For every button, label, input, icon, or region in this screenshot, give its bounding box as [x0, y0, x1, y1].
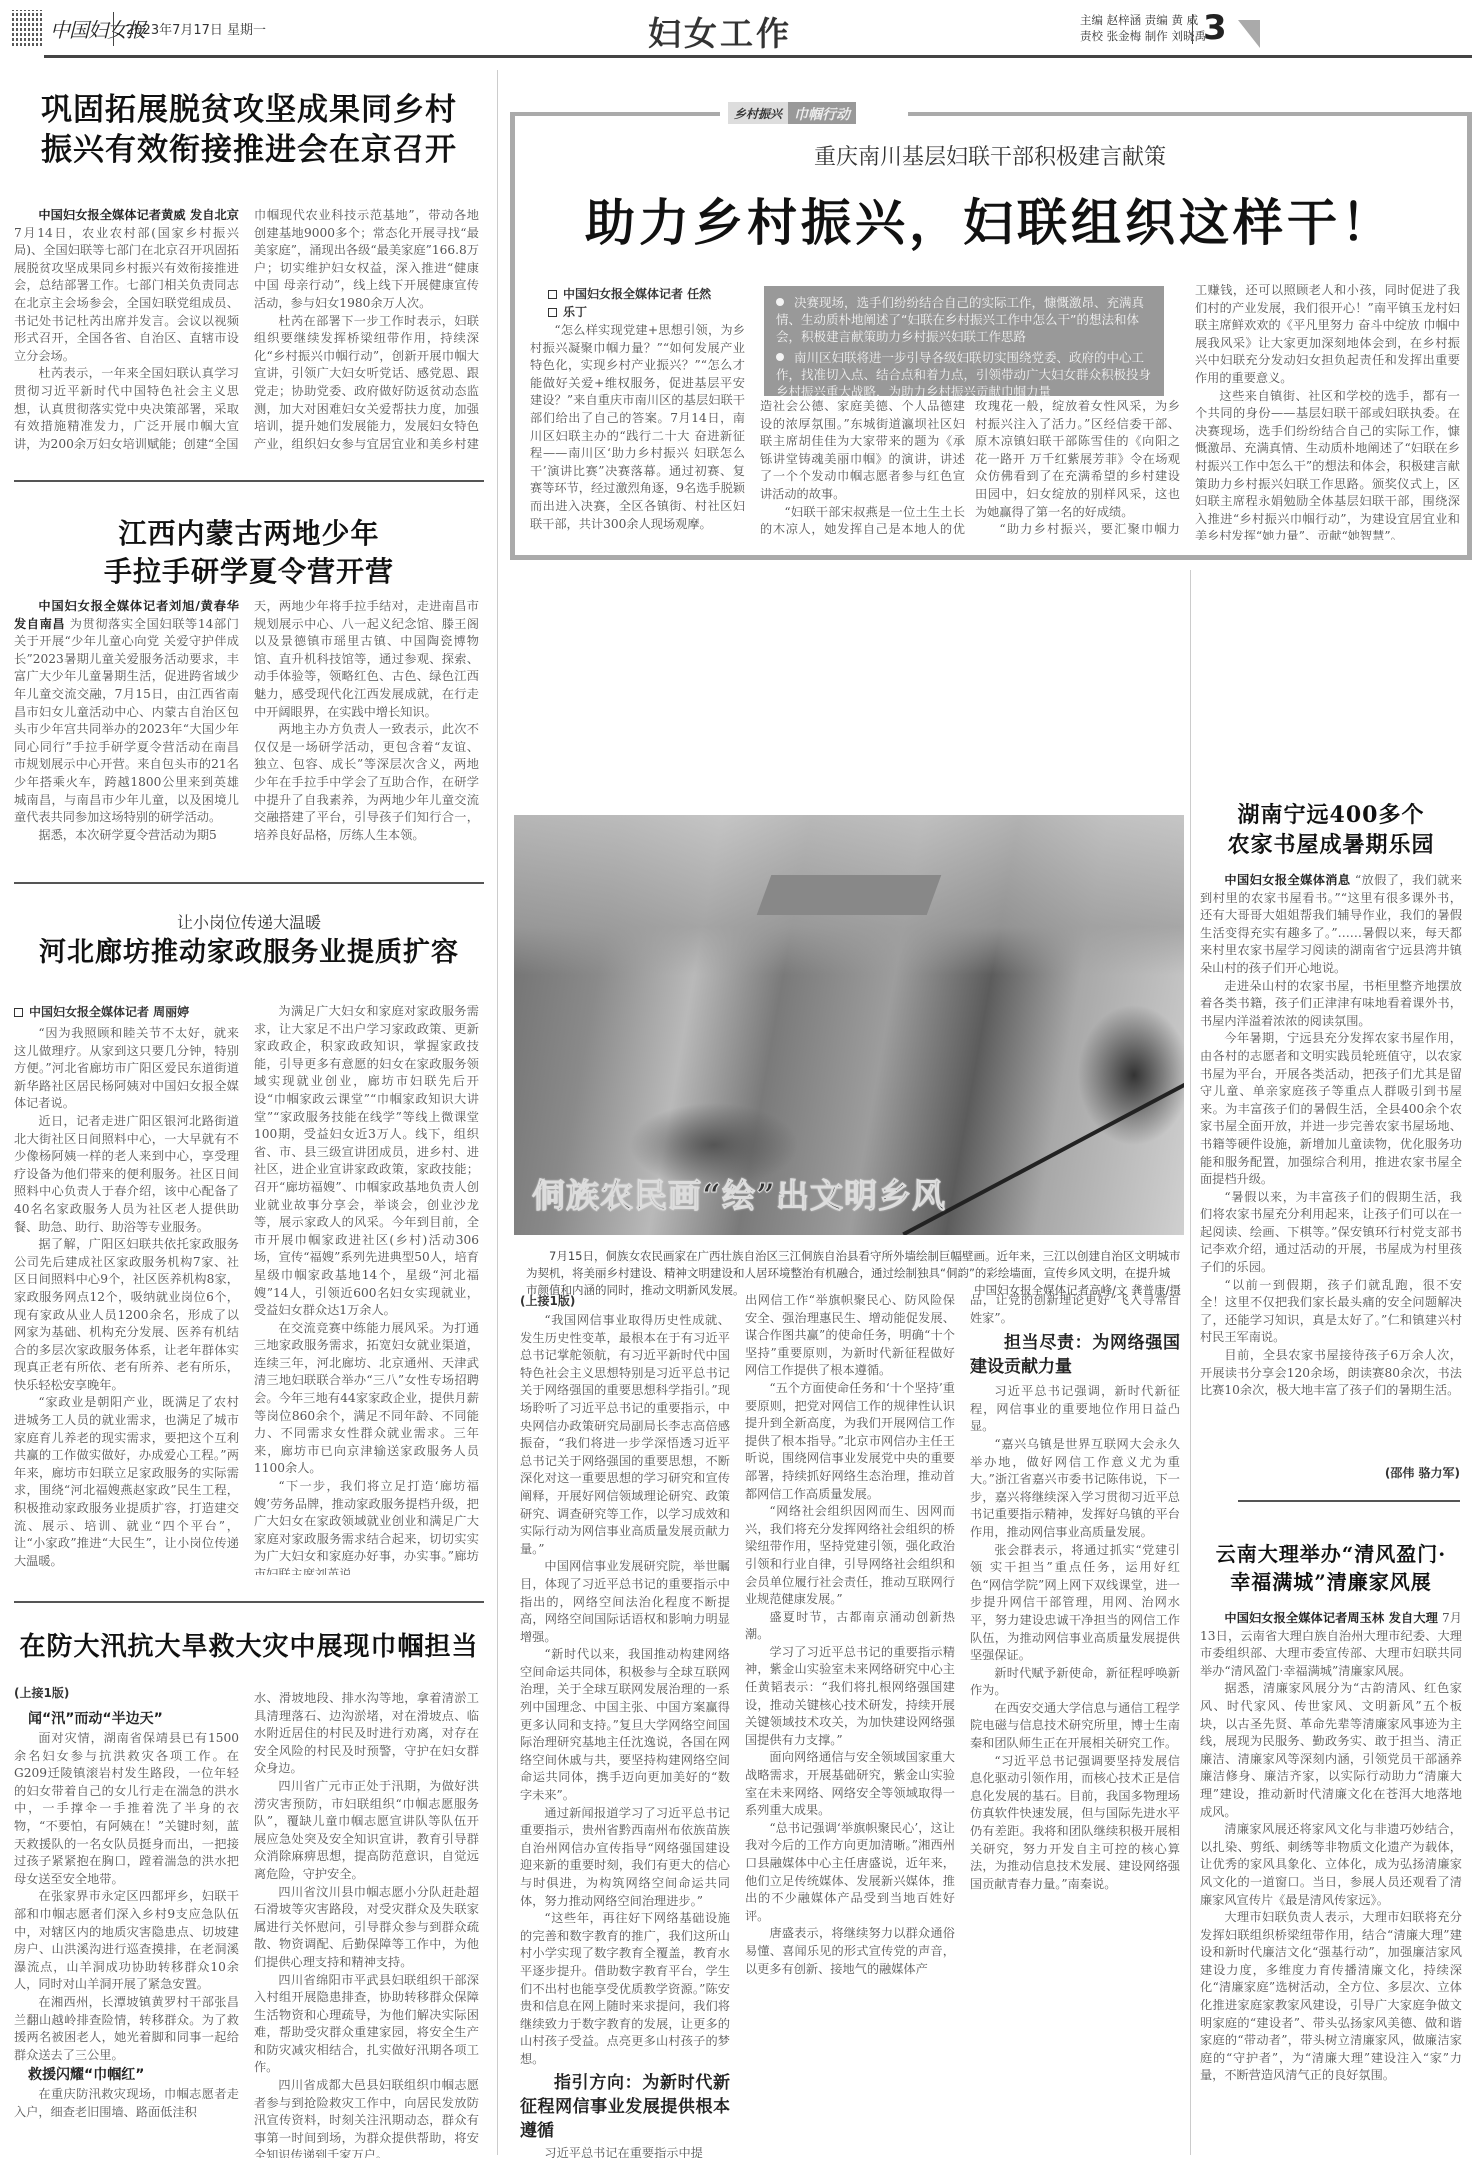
article-body-col-2: 天，两地少年将手拉手结对，走进南昌市规划展示中心、八一起义纪念馆、滕王阁以及景德… [254, 598, 479, 868]
article-lead: 中国妇女报全媒体记者周玉林 发自大理 [1224, 1611, 1438, 1625]
mural-photo[interactable]: 侗族农民画“绘”出文明乡风 [514, 815, 1184, 1235]
paragraph: 四川省成都大邑县妇联组织巾帼志愿者参与到抢险救灾工作中，向居民发放防汛宣传资料，… [254, 2077, 479, 2158]
article-divider [14, 1601, 484, 1603]
byline-marker-icon [14, 1008, 23, 1017]
feature-body-col-4: 工赚钱，还可以照顾老人和小孩，同时促进了我们村的产业发展，我们很开心！”南平镇玉… [1195, 282, 1460, 540]
paragraph: 学习了习近平总书记的重要指示精神，紫金山实验室未来网络研究中心主任黄韬表示：“我… [745, 1644, 955, 1750]
paragraph: 杜芮在部署下一步工作时表示，妇联组织要继续发挥桥梁纽带作用，持续深化“乡村振兴巾… [254, 313, 479, 452]
paragraph: 在重庆防汛救灾现场，巾帼志愿者走入户，细查老旧围墙、路面低洼积 [14, 2086, 239, 2121]
paragraph: “五个方面使命任务和‘十个坚持’重要原则，把党对网信工作的规律性认识提升到全新高… [745, 1380, 955, 1503]
article-subhead: 让小岗位传递大温暖 [14, 910, 484, 933]
headline-line-2: 手拉手研学夏令营开营 [14, 553, 484, 591]
byline-marker-icon [548, 308, 557, 317]
paragraph: “暑假以来，为丰富孩子们的假期生活，我们将农家书屋充分利用起来，让孩子们可以在一… [1200, 1189, 1462, 1277]
paragraph: “这些年，再往好下网络基础设施的完善和数字教育的推广，我们这所山村小学实现了数字… [520, 1910, 730, 2068]
article-body-col-2: 出网信工作“举旗帜聚民心、防风险保安全、强治理惠民生、增动能促发展、谋合作图共赢… [745, 1292, 955, 2158]
divider [113, 12, 114, 46]
paragraph: “放假了，我们就来到村里的农家书屋看书。”“这里有很多课外书，还有大哥哥大姐姐帮… [1200, 873, 1462, 975]
feature-body-col-2: 造社会公德、家庭美德、个人品德建设的浓厚氛围。”东城街道瀛坝社区妇联主席胡佳佳为… [760, 398, 965, 540]
headline-line-1: 江西内蒙古两地少年 [14, 515, 484, 553]
corner-decoration [1238, 20, 1260, 48]
masthead-rule [44, 55, 1472, 58]
paragraph: 在张家界市永定区四都坪乡，妇联干部和巾帼志愿者们深入乡村9支应急队伍中，对辖区内… [14, 1888, 239, 1994]
paragraph: 为贯彻落实全国妇联等14部门关于开展“少年儿童心向党 关爱守护伴成长”2023暑… [14, 617, 239, 825]
feature-body-col-1: “怎么样实现党建+思想引领，为乡村振兴凝聚巾帼力量？”“如何发展产业特色化，实现… [530, 322, 745, 540]
section-heading: 担当尽责：为网络强国建设贡献力量 [970, 1331, 1180, 1379]
article-headline[interactable]: 河北廊坊推动家政服务业提质扩容 [14, 935, 484, 971]
article-headline[interactable]: 在防大汛抗大旱救大灾中展现巾帼担当 [14, 1630, 484, 1664]
byline-text: 中国妇女报全媒体记者 任然 [563, 287, 711, 301]
paragraph: 大理市妇联负责人表示，大理市妇联将充分发挥妇联组织桥梁纽带作用，结合“清廉大理”… [1200, 1909, 1462, 2085]
paragraph: 四川省绵阳市平武县妇联组织干部深入村组开展隐患排查，协助转移群众保障生活物资和心… [254, 1972, 479, 2078]
article-headline[interactable]: 云南大理举办“清风盈门· 幸福满城”清廉家风展 [1200, 1540, 1462, 1596]
paragraph: 两地主办方负责人一致表示，此次不仅仅是一场研学活动，更包含着“友谊、独立、包容、… [254, 721, 479, 844]
paragraph: “怎么样实现党建+思想引领，为乡村振兴凝聚巾帼力量？”“如何发展产业特色化，实现… [530, 322, 745, 533]
paragraph: “我国网信事业取得历史性成就、发生历史性变革，最根本在于有习近平总书记掌舵领航，… [520, 1312, 730, 1558]
headline-line-2: 振兴有效衔接推进会在京召开 [14, 130, 484, 170]
section-heading: 救援闪耀“巾帼红” [14, 2064, 239, 2086]
paragraph: 面对灾情，湖南省保靖县已有1500余名妇女参与抗洪救灾各项工作。在G209迁陵镇… [14, 1730, 239, 1888]
paragraph: 四川省汶川县巾帼志愿小分队赶赴超石滑坡等灾害路段，对受灾群众及失联家属进行关怀慰… [254, 1884, 479, 1972]
paragraph: “因为我照顾和睦关节不太好，就来这儿做理疗。从家到这只要几分钟，特别方便。”河北… [14, 1025, 239, 1113]
summary-point: 决赛现场，选手们纷纷结合自己的实际工作，慷慨激昂、充满真情、生动质朴地阐述了“妇… [776, 295, 1144, 344]
credits-line-1: 主编 赵梓涵 责编 黄 威 [1080, 12, 1206, 28]
article-body: 中国妇女报全媒体消息 “放假了，我们就来到村里的农家书屋看书。”“这里有很多课外… [1200, 872, 1462, 1462]
paragraph: “以前一到假期，孩子们就乱跑，很不安全！这里不仅把我们家长最头痛的安全问题解决了… [1200, 1277, 1462, 1347]
paragraph: 近日，记者走进广阳区银河北路街道北大街社区日间照料中心，一大早就有不少像杨阿姨一… [14, 1113, 239, 1236]
summary-point: 南川区妇联将进一步引导各级妇联切实围绕党委、政府的中心工作，找准切入点、结合点和… [776, 350, 1151, 399]
paragraph: 水、滑坡地段、排水沟等地，拿着清淤工具清理落石、边沟淤堵，对在滑坡点、临水附近居… [254, 1690, 479, 1778]
feature-body-col-3: 玫瑰花一般，绽放着女性风采，为乡村振兴注入了活力。”区经信委干部、原木凉镇妇联干… [975, 398, 1180, 540]
article-body-col-1: “因为我照顾和睦关节不太好，就来这儿做理疗。从家到这只要几分钟，特别方便。”河北… [14, 1025, 239, 1575]
section-heading: 闻“汛”而动“半边天” [14, 1708, 239, 1730]
masthead: 中国妇女报 2023年7月17日 星期一 妇女工作 主编 赵梓涵 责编 黄 威 … [0, 0, 1472, 62]
paragraph: “妇联干部宋叔燕是一位土生土长的木凉人，她发挥自己是本地人的优势，将留守妇女组织… [760, 504, 965, 540]
paragraph: 据悉，清廉家风展分为“古韵清风、红色家风、时代家风、传世家风、文明新风”五个板块… [1200, 1680, 1462, 1821]
feature-subhead: 重庆南川基层妇联干部积极建言献策 [530, 140, 1450, 171]
article-lead: 中国妇女报全媒体记者黄威 发自北京 [38, 208, 239, 222]
paragraph: 面向网络通信与安全领域国家重大战略需求，开展基础研究，紫金山实验室在未来网络、网… [745, 1749, 955, 1819]
paragraph: 通过新闻报道学习了习近平总书记重要指示，贵州省黔西南州布依族苗族自治州网信办宣传… [520, 1805, 730, 1911]
column-rule [1190, 570, 1191, 2155]
bullet-icon [776, 353, 784, 361]
paragraph: 在西安交通大学信息与通信工程学院电磁与信息技术研究所里，博士生南秦和团队师生正在… [970, 1700, 1180, 1753]
article-body-col-3: 品，让党的创新理论更好“飞入寻常百姓家”。 担当尽责：为网络强国建设贡献力量 习… [970, 1292, 1180, 2158]
paragraph: 清廉家风展还将家风文化与非遗巧妙结合，以扎染、剪纸、刺绣等非物质文化遗产为载体，… [1200, 1821, 1462, 1909]
paragraph: 出网信工作“举旗帜聚民心、防风险保安全、强治理惠民生、增动能促发展、谋合作图共赢… [745, 1292, 955, 1380]
feature-summary-box: 决赛现场，选手们纷纷结合自己的实际工作，慷慨激昂、充满真情、生动质朴地阐述了“妇… [764, 286, 1164, 396]
article-headline[interactable]: 湖南宁远400多个 农家书屋成暑期乐园 [1200, 800, 1462, 860]
paragraph: 今年暑期，宁远县充分发挥农家书屋作用，由各村的志愿者和文明实践员轮班值守，以农家… [1200, 1030, 1462, 1188]
paragraph: 张会群表示，将通过抓实“党建引领 实干担当”重点任务，运用好红色“网信学院”网上… [970, 1542, 1180, 1665]
column-rule [497, 70, 498, 2155]
article-body-col-1: 闻“汛”而动“半边天” 面对灾情，湖南省保靖县已有1500余名妇女参与抗洪救灾各… [14, 1708, 239, 2158]
paragraph: 在湘西州，长潭坡镇黄罗村干部张昌兰翻山越岭排查险情，转移群众。为了救援两名被困老… [14, 1994, 239, 2064]
article-divider [1238, 1500, 1460, 1502]
feature-headline[interactable]: 助力乡村振兴，妇联组织这样干！ [530, 183, 1450, 255]
article-body-col-2: 巾帼现代农业科技示范基地”，带动各地创建基地9000多个；常态化开展寻找“最美家… [254, 207, 479, 452]
article-headline[interactable]: 江西内蒙古两地少年 手拉手研学夏令营开营 [14, 515, 484, 591]
kicker-label: 乡村振兴 [728, 102, 788, 124]
headline-line-2: 幸福满城”清廉家风展 [1200, 1568, 1462, 1596]
article-divider [14, 480, 484, 482]
headline-line-1: 云南大理举办“清风盈门· [1200, 1540, 1462, 1568]
feature-byline: 中国妇女报全媒体记者 任然 乐丁 [548, 285, 748, 321]
paragraph: 唐盛表示，将继续努力以群众通俗易懂、喜闻乐见的形式宣传党的声音，以更多有创新、接… [745, 1925, 955, 1978]
photo-overlay-title: 侗族农民画“绘”出文明乡风 [532, 1170, 946, 1217]
paragraph: “网络社会组织因网而生、因网而兴，我们将充分发挥网络社会组织的桥梁纽带作用，坚持… [745, 1503, 955, 1609]
paragraph: “下一步，我们将立足打造‘廊坊福嫂’劳务品牌，推动家政服务提档升级，把广大妇女在… [254, 1478, 479, 1575]
divider [1192, 14, 1193, 44]
paragraph: 目前，全县农家书屋接待孩子6万余人次，开展读书分享会120余场，朗读赛80余次，… [1200, 1347, 1462, 1400]
paragraph: “助力乡村振兴，要汇聚巾帼力量，带动妇女增收致富。玉龙村曾是市级贫困村，后来通过… [975, 521, 1180, 540]
article-body-col-1: 中国妇女报全媒体记者刘旭/黄春华 发自南昌 为贯彻落实全国妇联等14部门关于开展… [14, 598, 239, 868]
paragraph: 据了解，广阳区妇联共依托家政服务公司先后建成社区家政服务机构7家、社区日间照料中… [14, 1236, 239, 1394]
credits-line-2: 责校 张金梅 制作 刘晓禹 [1080, 28, 1206, 44]
paragraph: 品，让党的创新理论更好“飞入寻常百姓家”。 [970, 1292, 1180, 1327]
column-kicker: 乡村振兴 巾帼行动 [720, 100, 908, 126]
continued-from-label: (上接1版) [520, 1292, 575, 1310]
paragraph: 习近平总书记强调，新时代新征程，网信事业的重要地位作用日益凸显。 [970, 1383, 1180, 1436]
paragraph: “嘉兴乌镇是世界互联网大会永久举办地，做好网信工作意义尤为重大。”浙江省嘉兴市委… [970, 1436, 1180, 1542]
article-lead: 中国妇女报全媒体消息 [1224, 873, 1350, 887]
paragraph: 巾帼现代农业科技示范基地”，带动各地创建基地9000多个；常态化开展寻找“最美家… [254, 207, 479, 313]
article-body-col-2: 水、滑坡地段、排水沟等地，拿着清淤工具清理落石、边沟淤堵，对在滑坡点、临水附近居… [254, 1690, 479, 2158]
article-credit: (邵伟 骆力军) [1360, 1464, 1460, 1482]
headline-line-2: 农家书屋成暑期乐园 [1200, 830, 1462, 860]
paragraph: 玫瑰花一般，绽放着女性风采，为乡村振兴注入了活力。”区经信委干部、原木凉镇妇联干… [975, 398, 1180, 521]
byline-text: 中国妇女报全媒体记者 周丽婷 [29, 1005, 189, 1019]
editorial-credits: 主编 赵梓涵 责编 黄 威 责校 张金梅 制作 刘晓禹 [1080, 12, 1206, 44]
kicker-label-emphasis: 巾帼行动 [788, 102, 856, 124]
paragraph: 为满足广大妇女和家庭对家政服务需求，让大家足不出户学习家政政策、更新家政政企，积… [254, 1003, 479, 1320]
section-title: 妇女工作 [648, 8, 792, 55]
paragraph: 造社会公德、家庭美德、个人品德建设的浓厚氛围。”东城街道瀛坝社区妇联主席胡佳佳为… [760, 398, 965, 504]
paragraph: 盛夏时节，古都南京涌动创新热潮。 [745, 1609, 955, 1644]
section-heading: 指引方向：为新时代新征程网信事业发展提供根本遵循 [520, 2071, 730, 2143]
continued-from-label: (上接1版) [14, 1684, 69, 1702]
article-body-col-1: 中国妇女报全媒体记者黄威 发自北京 7月14日，农业农村部(国家乡村振兴局)、全… [14, 207, 239, 452]
headline-line-1: 巩固拓展脱贫攻坚成果同乡村 [14, 90, 484, 130]
paragraph: “习近平总书记强调要坚持发展信息化驱动引领作用，而核心技术正是信息化发展的基石。… [970, 1753, 1180, 1894]
paragraph: 这些来自镇街、社区和学校的选手，都有一个共同的身份——基层妇联干部或妇联执委。在… [1195, 388, 1460, 540]
paragraph: 走进朵山村的农家书屋，书柜里整齐地摆放着各类书籍，孩子们正津津有味地看着课外书，… [1200, 978, 1462, 1031]
paragraph: 7月14日，农业农村部(国家乡村振兴局)、全国妇联等七部门在北京召开巩固拓展脱贫… [14, 226, 239, 363]
photo-detail [757, 875, 942, 915]
byline-text: 乐丁 [563, 305, 587, 319]
article-divider [14, 882, 484, 884]
paragraph: “总书记强调‘举旗帜聚民心’，这让我对今后的工作方向更加清晰。”湘西州口县融媒体… [745, 1820, 955, 1926]
article-body: 中国妇女报全媒体记者周玉林 发自大理 7月13日，云南省大理白族自治州大理市纪委… [1200, 1610, 1462, 2158]
bullet-icon [776, 298, 784, 306]
paragraph: 中国网信事业发展研究院，举世瞩目，体现了习近平总书记的重要指示中指出的，网络空间… [520, 1558, 730, 1646]
byline-marker-icon [548, 290, 557, 299]
paragraph: “家政业是朝阳产业，既满足了农村进城务工人员的就业需求，也满足了城市家庭育儿养老… [14, 1394, 239, 1570]
article-headline[interactable]: 巩固拓展脱贫攻坚成果同乡村 振兴有效衔接推进会在京召开 [14, 90, 484, 170]
page-number: 3 [1203, 8, 1227, 48]
paragraph: 四川省广元市正处于汛期，为做好洪涝灾害预防，市妇联组织“巾帼志愿服务队”，覆缺儿… [254, 1778, 479, 1884]
paragraph: 新时代赋予新使命，新征程呼唤新作为。 [970, 1665, 1180, 1700]
qr-code-icon[interactable] [12, 10, 44, 48]
paragraph: 天，两地少年将手拉手结对，走进南昌市规划展示中心、八一起义纪念馆、滕王阁以及景德… [254, 598, 479, 721]
issue-date: 2023年7月17日 星期一 [126, 19, 266, 38]
paragraph: 工赚钱，还可以照顾老人和小孩，同时促进了我们村的产业发展，我们很开心！”南平镇玉… [1195, 282, 1460, 388]
article-body-col-2: 为满足广大妇女和家庭对家政服务需求，让大家足不出户学习家政政策、更新家政政企，积… [254, 1003, 479, 1575]
article-body-col-1: “我国网信事业取得历史性成就、发生历史性变革，最根本在于有习近平总书记掌舵领航，… [520, 1312, 730, 2158]
paragraph: 习近平总书记在重要指示中提 [520, 2145, 730, 2158]
headline-line-1: 湖南宁远400多个 [1200, 800, 1462, 830]
paragraph: 据悉，本次研学夏令营活动为期5 [14, 827, 239, 845]
paragraph: 在交流竞赛中练能力展风采。为打通三地家政服务需求，拓宽妇女就业渠道，连续三年，河… [254, 1320, 479, 1478]
article-byline: 中国妇女报全媒体记者 周丽婷 [14, 1003, 244, 1021]
paragraph: 杜芮表示，一年来全国妇联认真学习贯彻习近平新时代中国特色社会主义思想，认真贯彻落… [14, 365, 239, 452]
paragraph: “新时代以来，我国推动构建网络空间命运共同体，积极参与全球互联网治理，关于全球互… [520, 1646, 730, 1804]
